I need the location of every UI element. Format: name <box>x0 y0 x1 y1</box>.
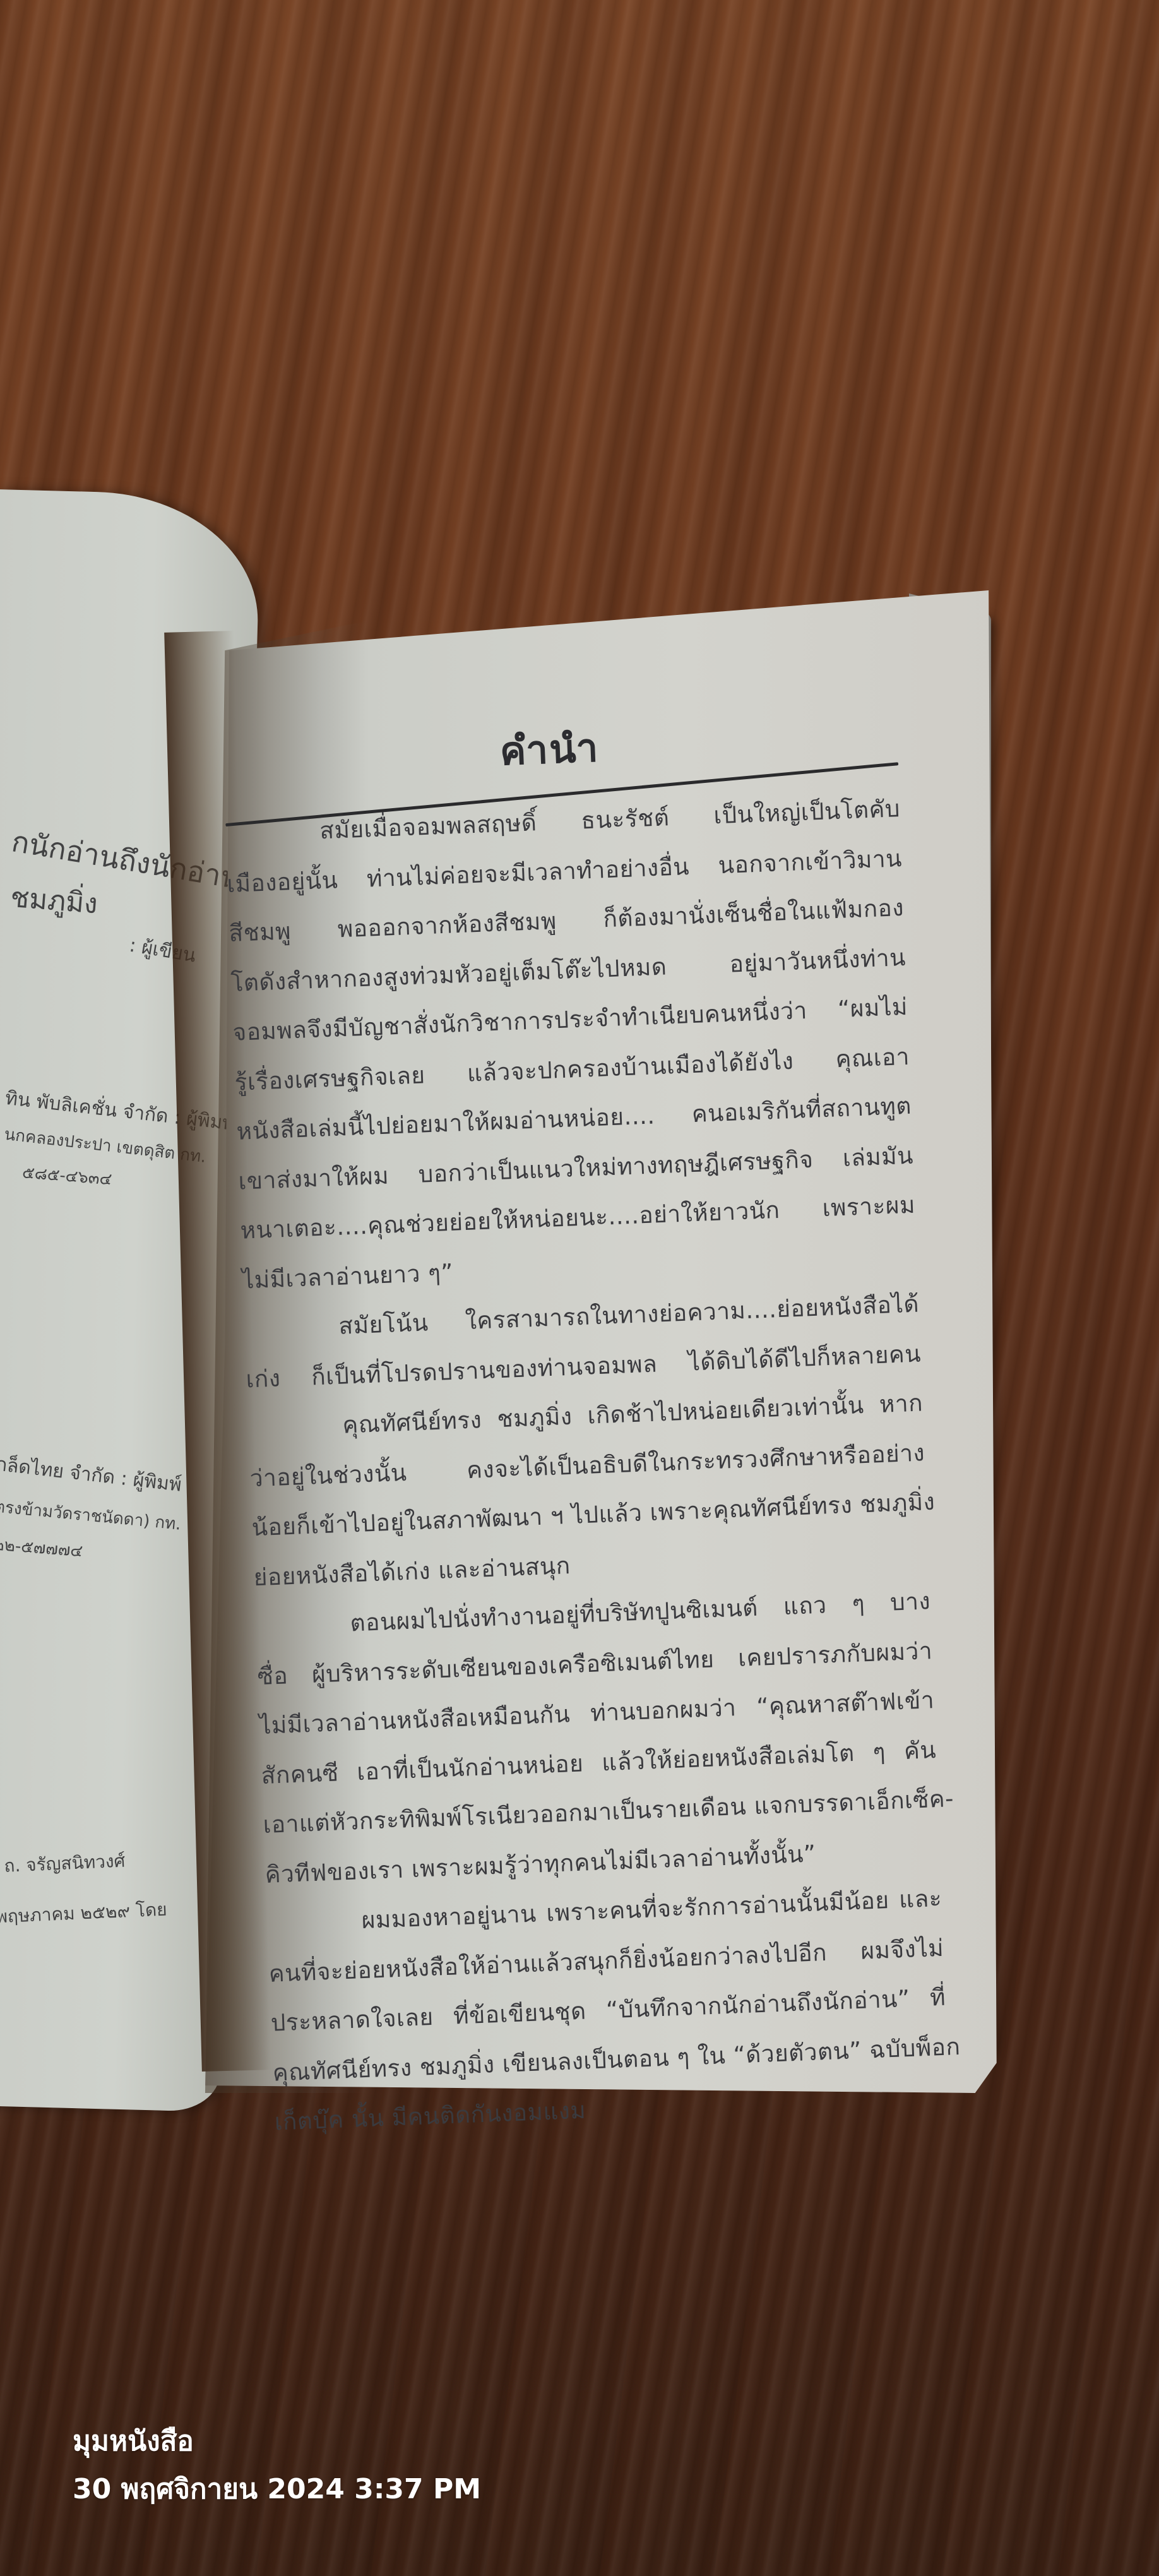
photo-scene: กนักอ่านถึงนักอ่าน ชมภูมิ่ง : ผู้เขียน ท… <box>0 0 1159 2576</box>
caption-datetime: 30 พฤศจิกายน 2024 3:37 PM <box>73 2467 481 2512</box>
left-page-printer-phone: ๒๒-๕๗๗๗๔ <box>0 1531 84 1564</box>
left-page-printer: กล็ดไทย จำกัด : ผู้พิมพ์ <box>0 1450 183 1500</box>
right-page-content: คำนำ สมัยเมื่อจอมพลสฤษดิ์ ธนะรัชต์ เป็นใ… <box>218 631 984 2015</box>
caption-title: มุมหนังสือ <box>73 2419 481 2464</box>
left-page-publisher-phone: ๕๘๕-๔๖๓๔ <box>21 1159 113 1192</box>
preface-text-block: สมัยเมื่อจอมพลสฤษดิ์ ธนะรัชต์ เป็นใหญ่เป… <box>224 784 951 2147</box>
left-page-author: ชมภูมิ่ง <box>9 875 99 926</box>
left-page-printer-address: ตรงข้ามวัดราชนัดดา) กท. <box>0 1494 182 1537</box>
page-heading: คำนำ <box>499 717 600 782</box>
left-page-print-date: นพฤษภาคม ๒๕๒๙ โดย <box>0 1896 167 1932</box>
left-page-address: ๕ ถ. จรัญสนิทวงศ์ <box>0 1847 126 1881</box>
photo-watermark-caption: มุมหนังสือ 30 พฤศจิกายน 2024 3:37 PM <box>73 2419 481 2512</box>
